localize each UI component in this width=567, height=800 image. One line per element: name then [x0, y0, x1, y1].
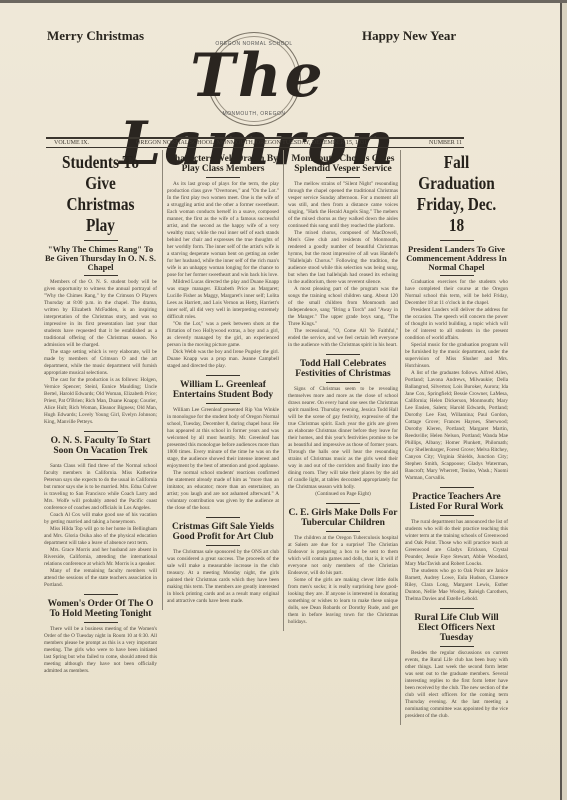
article: Fall Graduation Friday, Dec. 18President…	[405, 152, 508, 482]
article-paragraph: Santa Claus will find three of the Norma…	[44, 463, 157, 512]
lead-headline: Students To Give Christmas Play	[52, 152, 148, 236]
article: Cristmas Gift Sale Yields Good Profit fo…	[167, 517, 279, 605]
article-paragraph: Besides the regular discussions on curre…	[405, 650, 508, 720]
article-paragraph: As its last group of plays for the term,…	[167, 181, 279, 279]
headline-rule	[440, 487, 474, 488]
article-paragraph: Mildred Lucas directed the play and Duan…	[167, 279, 279, 321]
article-headline: Rural Life Club Will Elect Officers Next…	[405, 613, 508, 643]
lead-headline: Fall Graduation Friday, Dec. 18	[413, 152, 501, 236]
article-paragraph: Special music for the graduation program…	[405, 342, 508, 370]
headline-rule	[440, 275, 474, 276]
article-paragraph: President Landers will deliver the addre…	[405, 307, 508, 342]
article-paragraph: Mrs. Grace Morris and her husband are ab…	[44, 547, 157, 568]
article: Characters Well Drawn By Play Class Memb…	[167, 154, 279, 370]
article-headline: Women's Order Of The O To Hold Meeting T…	[44, 599, 157, 619]
masthead-title: The Lamron	[88, 42, 428, 110]
article-headline: Monmouth Chorus Gives Splendid Vesper Se…	[288, 154, 398, 174]
article-paragraph: The mixed chorus, composed of MacDowell,…	[288, 230, 398, 286]
column-3: Monmouth Chorus Gives Splendid Vesper Se…	[283, 150, 398, 631]
article: C. E. Girls Make Dolls For Tubercular Ch…	[288, 503, 398, 626]
headline-rule	[326, 503, 360, 504]
column-4: Fall Graduation Friday, Dec. 18President…	[400, 150, 508, 725]
article-paragraph: The mellow strains of "Silent Night" res…	[288, 181, 398, 230]
article-paragraph: Members of the O. N. S. student body wil…	[44, 279, 157, 349]
article: Students To Give Christmas Play"Why The …	[44, 152, 157, 426]
article-paragraph: William Lee Greenleaf presented Rip Van …	[167, 407, 279, 470]
article-headline: Characters Well Drawn By Play Class Memb…	[167, 154, 279, 174]
dateline-text: OREGON NORMAL SCHOOL, MONMOUTH, OREGON T…	[136, 139, 367, 147]
issue-number: NUMBER 11	[429, 139, 462, 147]
headline-rule	[84, 240, 118, 241]
continued-link: (Continued on Page Eight)	[288, 491, 398, 498]
article-paragraph: The normal school students' reactions co…	[167, 470, 279, 512]
article-paragraph: The rural department has announced the l…	[405, 519, 508, 568]
article-paragraph: Coach Al Cox will make good use of his v…	[44, 512, 157, 526]
article-paragraph: There will be a business meeting of the …	[44, 626, 157, 675]
headline-rule	[206, 177, 240, 178]
article-headline: C. E. Girls Make Dolls For Tubercular Ch…	[288, 508, 398, 528]
column-2: Characters Well Drawn By Play Class Memb…	[162, 150, 279, 610]
article: Rural Life Club Will Elect Officers Next…	[405, 608, 508, 720]
headline-rule	[326, 382, 360, 383]
headline-rule	[84, 275, 118, 276]
subheadline: President Landers To Give Commencement A…	[405, 245, 508, 272]
newspaper-page: Merry Christmas Happy New Year OREGON NO…	[0, 0, 562, 800]
headline-rule	[206, 375, 240, 376]
article-paragraph: "On the Lot," was a peek between shots a…	[167, 321, 279, 349]
headline-rule	[206, 545, 240, 546]
headline-rule	[440, 240, 474, 241]
dateline-rule-bottom	[46, 147, 464, 148]
article: William L. Greenleaf Entertains Student …	[167, 375, 279, 512]
article-paragraph: A list of the graduates follows. Alfred …	[405, 370, 508, 482]
article-paragraph: Dick Webb was the boy and Irene Pugsley …	[167, 349, 279, 370]
article: Women's Order Of The O To Hold Meeting T…	[44, 594, 157, 675]
headline-rule	[84, 431, 118, 432]
headline-rule	[84, 594, 118, 595]
headline-rule	[206, 403, 240, 404]
article-paragraph: Some of the girls are making clever litt…	[288, 577, 398, 626]
headline-rule	[84, 459, 118, 460]
article-headline: Todd Hall Celebrates Festivities of Chri…	[288, 359, 398, 379]
headline-rule	[440, 515, 474, 516]
article-headline: Cristmas Gift Sale Yields Good Profit fo…	[167, 522, 279, 542]
headline-rule	[206, 517, 240, 518]
article-headline: O. N. S. Faculty To Start Soon On Vacati…	[44, 436, 157, 456]
article-headline: William L. Greenleaf Entertains Student …	[167, 380, 279, 400]
article-paragraph: A most pleasing part of the program was …	[288, 286, 398, 328]
headline-rule	[326, 354, 360, 355]
article: Practice Teachers Are Listed For Rural W…	[405, 487, 508, 603]
article-headline: Practice Teachers Are Listed For Rural W…	[405, 492, 508, 512]
article-paragraph: The Christmas sale sponsored by the ONS …	[167, 549, 279, 605]
article-paragraph: The cast for the production is as follow…	[44, 377, 157, 426]
article-paragraph: The students who go to Oak Point are Jan…	[405, 568, 508, 603]
article-paragraph: The stage setting which is very elaborat…	[44, 349, 157, 377]
scan-edge	[0, 0, 567, 3]
article-paragraph: Graduation exercises for the students wh…	[405, 279, 508, 307]
volume-label: VOLUME IX.	[54, 139, 89, 147]
column-1: Students To Give Christmas Play"Why The …	[44, 150, 157, 680]
article-paragraph: Many of the remaining faculty members wi…	[44, 568, 157, 589]
article-paragraph: Signs of Christmas seem to be revealing …	[288, 386, 398, 491]
headline-rule	[440, 646, 474, 647]
article-paragraph: The recessional, "O, Come All Ye Faithfu…	[288, 328, 398, 349]
headline-rule	[84, 622, 118, 623]
headline-rule	[440, 608, 474, 609]
article: O. N. S. Faculty To Start Soon On Vacati…	[44, 431, 157, 589]
dateline: VOLUME IX. OREGON NORMAL SCHOOL, MONMOUT…	[46, 139, 464, 147]
article-paragraph: Miss Hilda Top will go to her home in Be…	[44, 526, 157, 547]
article: Todd Hall Celebrates Festivities of Chri…	[288, 354, 398, 498]
headline-rule	[326, 531, 360, 532]
headline-rule	[326, 177, 360, 178]
article: Monmouth Chorus Gives Splendid Vesper Se…	[288, 154, 398, 349]
subheadline: "Why The Chimes Rang" To Be Given Thursd…	[44, 245, 157, 272]
article-paragraph: The children at the Oregon Tuberculosis …	[288, 535, 398, 577]
